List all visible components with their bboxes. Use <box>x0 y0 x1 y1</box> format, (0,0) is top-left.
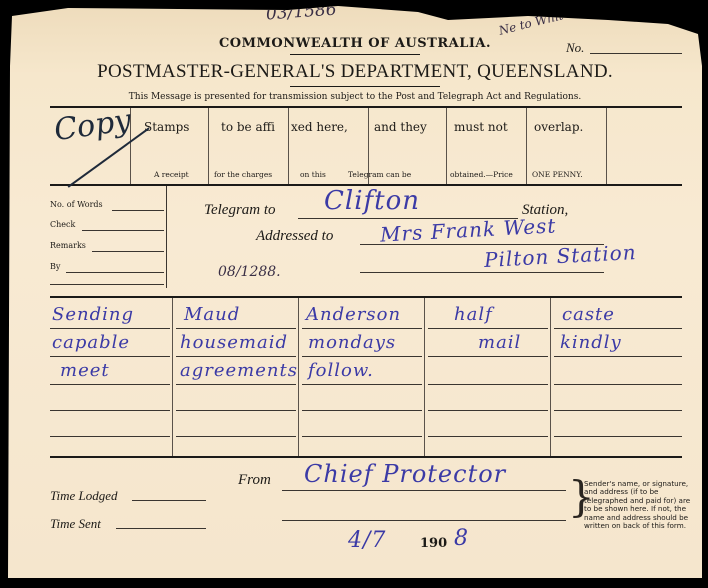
header-subtitle: This Message is presented for transmissi… <box>8 92 702 102</box>
stamp-note: Telegram can be <box>348 170 411 179</box>
message-row-rule <box>554 410 682 411</box>
message-row-rule <box>302 328 422 329</box>
message-row-rule <box>554 328 682 329</box>
message-row-rule <box>302 384 422 385</box>
message-bottom-rule <box>50 456 682 458</box>
telegram-to-value: Clifton <box>324 186 420 216</box>
stamp-note: A receipt <box>154 170 189 179</box>
message-col-divider <box>424 298 425 456</box>
telegram-form: 03/1586 Ne to Whit COMMONWEALTH OF AUSTR… <box>8 6 702 578</box>
from-field-2[interactable] <box>282 520 566 521</box>
check-field[interactable] <box>82 230 164 231</box>
message-word: Maud <box>184 304 240 325</box>
stamp-divider <box>526 108 527 184</box>
message-row-rule <box>302 356 422 357</box>
message-row-rule <box>554 384 682 385</box>
stamp-note: ONE PENNY. <box>532 170 583 179</box>
telegram-to-label: Telegram to <box>204 202 276 219</box>
message-word: agreements <box>180 360 298 381</box>
by-label: By <box>50 262 60 271</box>
from-value: Chief Protector <box>304 460 506 488</box>
message-row-rule <box>50 384 170 385</box>
message-row-rule <box>428 436 548 437</box>
message-word: capable <box>52 332 130 353</box>
message-row-rule <box>302 436 422 437</box>
stamp-divider <box>288 108 289 184</box>
message-row-rule <box>428 410 548 411</box>
stamp-text: must not <box>454 120 508 134</box>
date-day-month: 4/7 <box>348 528 386 553</box>
office-divider <box>166 186 167 288</box>
top-annotation: Ne to Whit <box>497 8 564 38</box>
header-rule-2 <box>290 86 440 87</box>
addressed-to-field-2[interactable] <box>360 272 604 273</box>
stamp-divider <box>446 108 447 184</box>
message-row-rule <box>50 356 170 357</box>
message-word: meet <box>60 360 110 381</box>
stamp-text: overlap. <box>534 120 583 134</box>
message-row-rule <box>428 384 548 385</box>
date-year-suffix: 8 <box>454 526 469 551</box>
from-label: From <box>238 472 271 489</box>
message-row-rule <box>428 356 548 357</box>
message-word: follow. <box>308 360 374 381</box>
message-row-rule <box>50 328 170 329</box>
time-lodged-label: Time Lodged <box>50 488 118 504</box>
stamp-text: and they <box>374 120 427 134</box>
number-label: No. <box>566 40 584 56</box>
stamp-text: xed here, <box>291 120 348 134</box>
no-of-words-label: No. of Words <box>50 200 103 209</box>
message-row-rule <box>176 384 296 385</box>
message-word: housemaid <box>180 332 288 353</box>
message-row-rule <box>302 410 422 411</box>
message-row-rule <box>176 410 296 411</box>
message-word: half <box>454 304 493 325</box>
from-field[interactable] <box>282 490 566 491</box>
message-word: mail <box>478 332 521 353</box>
message-word: Sending <box>52 304 134 325</box>
stamp-divider <box>208 108 209 184</box>
stamp-note: for the charges <box>214 170 272 179</box>
header-department: POSTMASTER-GENERAL'S DEPARTMENT, QUEENSL… <box>8 61 702 83</box>
reference-number: 08/1288. <box>218 264 281 280</box>
time-sent-field[interactable] <box>116 528 206 529</box>
message-row-rule <box>176 356 296 357</box>
stamp-text: Stamps <box>144 120 189 134</box>
stamp-divider <box>606 108 607 184</box>
stamp-area-top-rule <box>50 106 682 108</box>
time-sent-label: Time Sent <box>50 516 101 532</box>
stamp-note: on this <box>300 170 326 179</box>
no-of-words-field[interactable] <box>112 210 164 211</box>
message-row-rule <box>554 356 682 357</box>
copy-mark: Copy <box>52 103 133 148</box>
header-commonwealth: COMMONWEALTH OF AUSTRALIA. <box>8 36 702 51</box>
message-word: Anderson <box>306 304 401 325</box>
number-field[interactable] <box>590 53 682 54</box>
message-row-rule <box>428 328 548 329</box>
check-label: Check <box>50 220 75 229</box>
message-col-divider <box>172 298 173 456</box>
sender-note: Sender's name, or signature, and address… <box>584 480 694 530</box>
message-row-rule <box>50 436 170 437</box>
message-row-rule <box>176 436 296 437</box>
message-row-rule <box>50 410 170 411</box>
remarks-label: Remarks <box>50 241 86 250</box>
message-row-rule <box>176 328 296 329</box>
date-year-prefix: 190 <box>420 536 447 551</box>
remarks-field[interactable] <box>92 251 164 252</box>
message-col-divider <box>298 298 299 456</box>
time-lodged-field[interactable] <box>132 500 206 501</box>
message-word: mondays <box>308 332 396 353</box>
header-rule-1 <box>290 54 420 55</box>
message-col-divider <box>550 298 551 456</box>
archive-number: 03/1586 <box>265 0 337 24</box>
stamp-text: to be affi <box>221 120 275 134</box>
message-word: caste <box>562 304 615 325</box>
message-row-rule <box>554 436 682 437</box>
by-field[interactable] <box>66 272 164 273</box>
stamp-note: obtained.—Price <box>450 170 513 179</box>
message-top-rule <box>50 296 682 298</box>
message-word: kindly <box>560 332 622 353</box>
office-bottom-rule <box>50 284 164 285</box>
addressed-to-label: Addressed to <box>256 228 333 245</box>
